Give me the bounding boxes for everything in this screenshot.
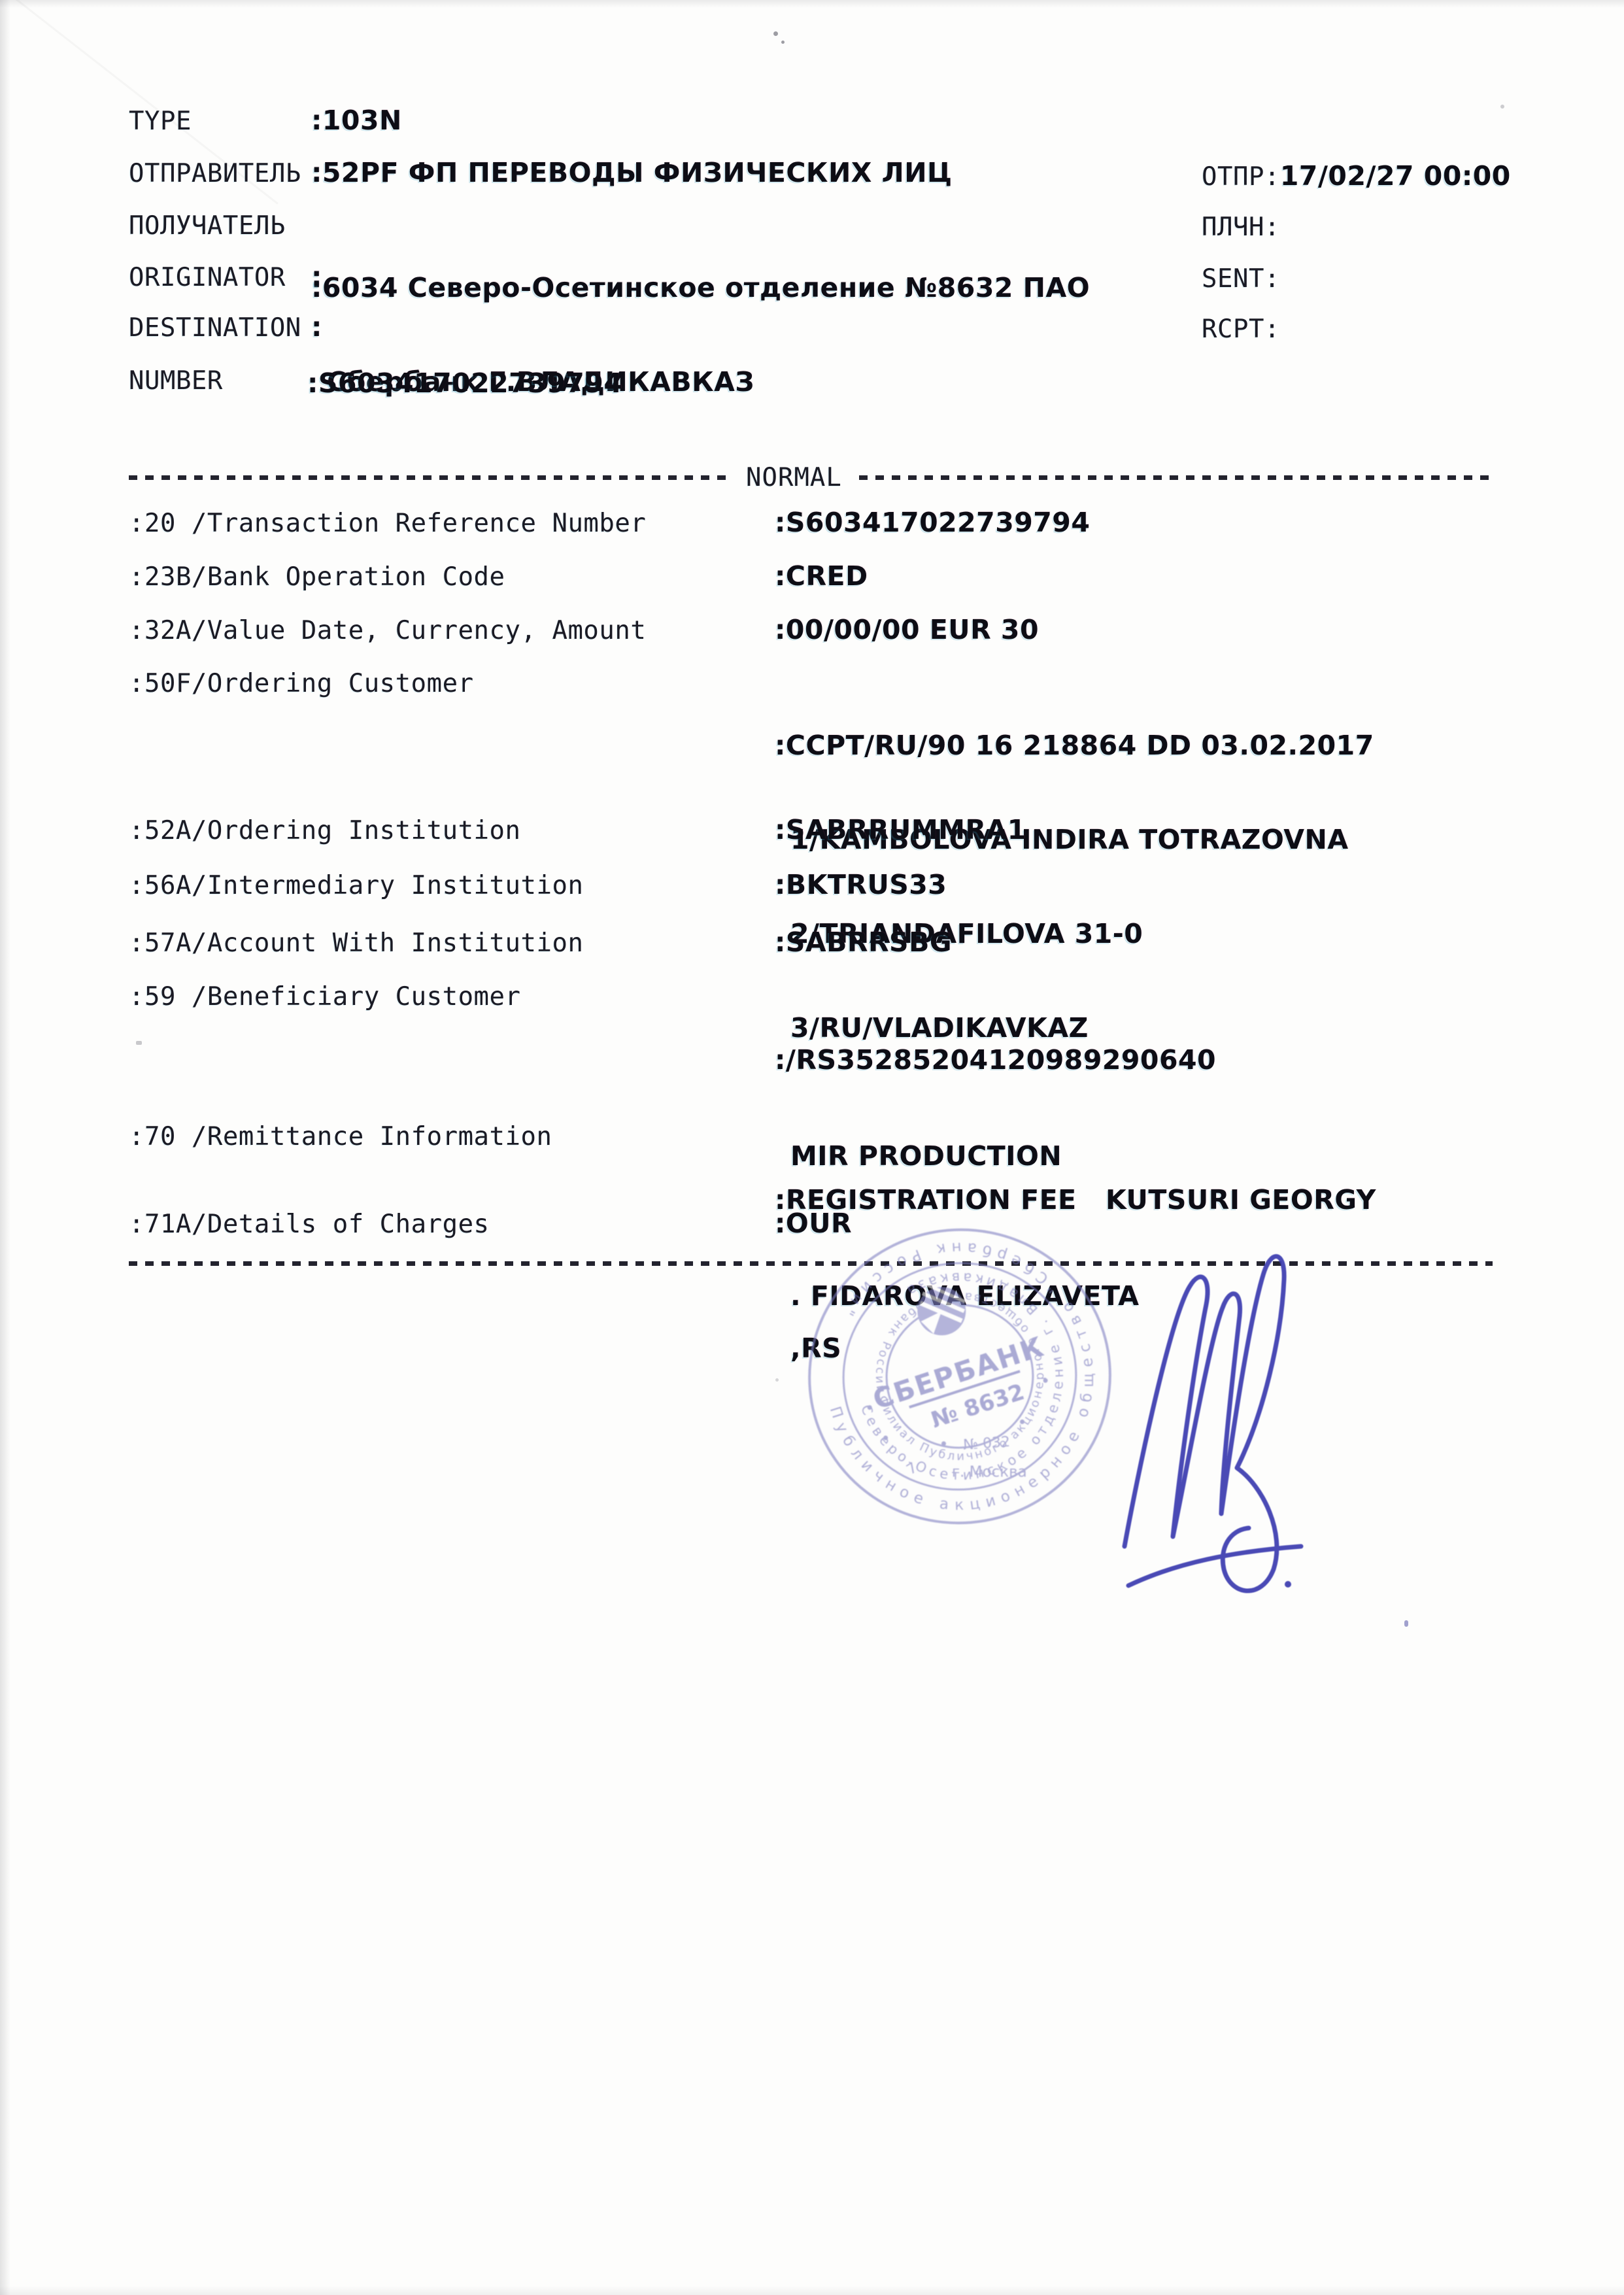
- type-label: TYPE: [129, 107, 192, 136]
- sent-time-row: ОТПР:17/02/27 00:00: [1202, 160, 1511, 192]
- field-57a-label: :57A/Account With Institution: [129, 928, 583, 958]
- number-label: NUMBER: [129, 366, 223, 396]
- scan-speck: [781, 41, 785, 44]
- field-32a-label: :32A/Value Date, Currency, Amount: [129, 616, 646, 645]
- scan-edge-shadow-top: [0, 0, 1624, 8]
- field-20-label: :20 /Transaction Reference Number: [129, 509, 646, 538]
- field-57a-value: :SABRRSBG: [775, 926, 952, 958]
- field-52a-value: :SABRRUMMRA1: [775, 814, 1026, 845]
- field-20-value: :S603417022739794: [775, 507, 1090, 538]
- bank-stamp: Публичное акционерное общество "Сбербанк…: [803, 1224, 1117, 1529]
- sent-row: SENT:: [1202, 264, 1280, 294]
- field-50f-label: :50F/Ordering Customer: [129, 669, 474, 698]
- sender-label: ОТПРАВИТЕЛЬ: [129, 159, 301, 188]
- destination-value: :: [311, 311, 322, 343]
- ink-speck: [1404, 1620, 1408, 1627]
- scan-speck: [1500, 105, 1504, 109]
- scanned-swift-mt103-document: TYPE :103N ОТПРАВИТЕЛЬ :52PF ФП ПЕРЕВОДЫ…: [0, 0, 1624, 2295]
- rcpt-row: RCPT:: [1202, 314, 1280, 344]
- plchn-row: ПЛЧН:: [1202, 212, 1280, 242]
- rcpt-label: RCPT:: [1202, 314, 1280, 344]
- signature-ink-dot: [1285, 1581, 1291, 1588]
- otpr-value: 17/02/27 00:00: [1280, 160, 1511, 192]
- field-70-label: :70 /Remittance Information: [129, 1122, 552, 1151]
- field-71a-label: :71A/Details of Charges: [129, 1210, 490, 1239]
- scan-speck: [136, 1041, 142, 1045]
- sender-value: :52PF ФП ПЕРЕВОДЫ ФИЗИЧЕСКИХ ЛИЦ: [311, 157, 953, 188]
- sent-label: SENT:: [1202, 264, 1280, 294]
- signature-stroke-1: [1125, 1277, 1208, 1546]
- type-value: :103N: [311, 105, 402, 136]
- field-56a-label: :56A/Intermediary Institution: [129, 871, 583, 900]
- field-32a-value: :00/00/00 EUR 30: [775, 614, 1039, 645]
- field-52a-label: :52A/Ordering Institution: [129, 816, 521, 845]
- field-70-line1: :REGISTRATION FEE KUTSURI GEORGY: [775, 1184, 1376, 1216]
- field-56a-value: :BKTRUS33: [775, 869, 947, 900]
- scan-edge-shadow-bottom: [0, 2286, 1624, 2295]
- receiver-value-line1: :6034 Северо-Осетинское отделение №8632 …: [311, 272, 1090, 303]
- scan-edge-shadow-left: [0, 0, 10, 2295]
- field-23b-label: :23B/Bank Operation Code: [129, 562, 505, 592]
- plchn-label: ПЛЧН:: [1202, 212, 1280, 242]
- otpr-label: ОТПР:: [1202, 162, 1280, 192]
- stamp-inner-number: № 032: [962, 1434, 1010, 1453]
- field-23b-value: :CRED: [775, 560, 868, 592]
- dashed-rule-left: [129, 475, 729, 480]
- stamp-city: г. Москва: [952, 1463, 1027, 1480]
- field-59-label: :59 /Beneficiary Customer: [129, 982, 521, 1011]
- destination-label: DESTINATION: [129, 313, 301, 343]
- originator-label: ORIGINATOR: [129, 263, 286, 292]
- dashed-rule-right: [859, 475, 1493, 480]
- number-value: :S603417022739794: [307, 367, 622, 399]
- signature-stroke-3: [1221, 1256, 1284, 1591]
- originator-value: :: [311, 261, 322, 292]
- scan-speck: [775, 1378, 779, 1382]
- signature: [1085, 1239, 1360, 1605]
- status-label: NORMAL: [729, 463, 859, 492]
- field-59-line1: :/RS35285204120989290640: [775, 1044, 1216, 1076]
- field-50f-line1: :CCPT/RU/90 16 218864 DD 03.02.2017: [775, 730, 1374, 761]
- scan-speck: [773, 31, 778, 36]
- receiver-label: ПОЛУЧАТЕЛЬ: [129, 211, 286, 241]
- signature-stroke-2: [1173, 1294, 1240, 1537]
- status-separator: NORMAL: [129, 463, 1493, 492]
